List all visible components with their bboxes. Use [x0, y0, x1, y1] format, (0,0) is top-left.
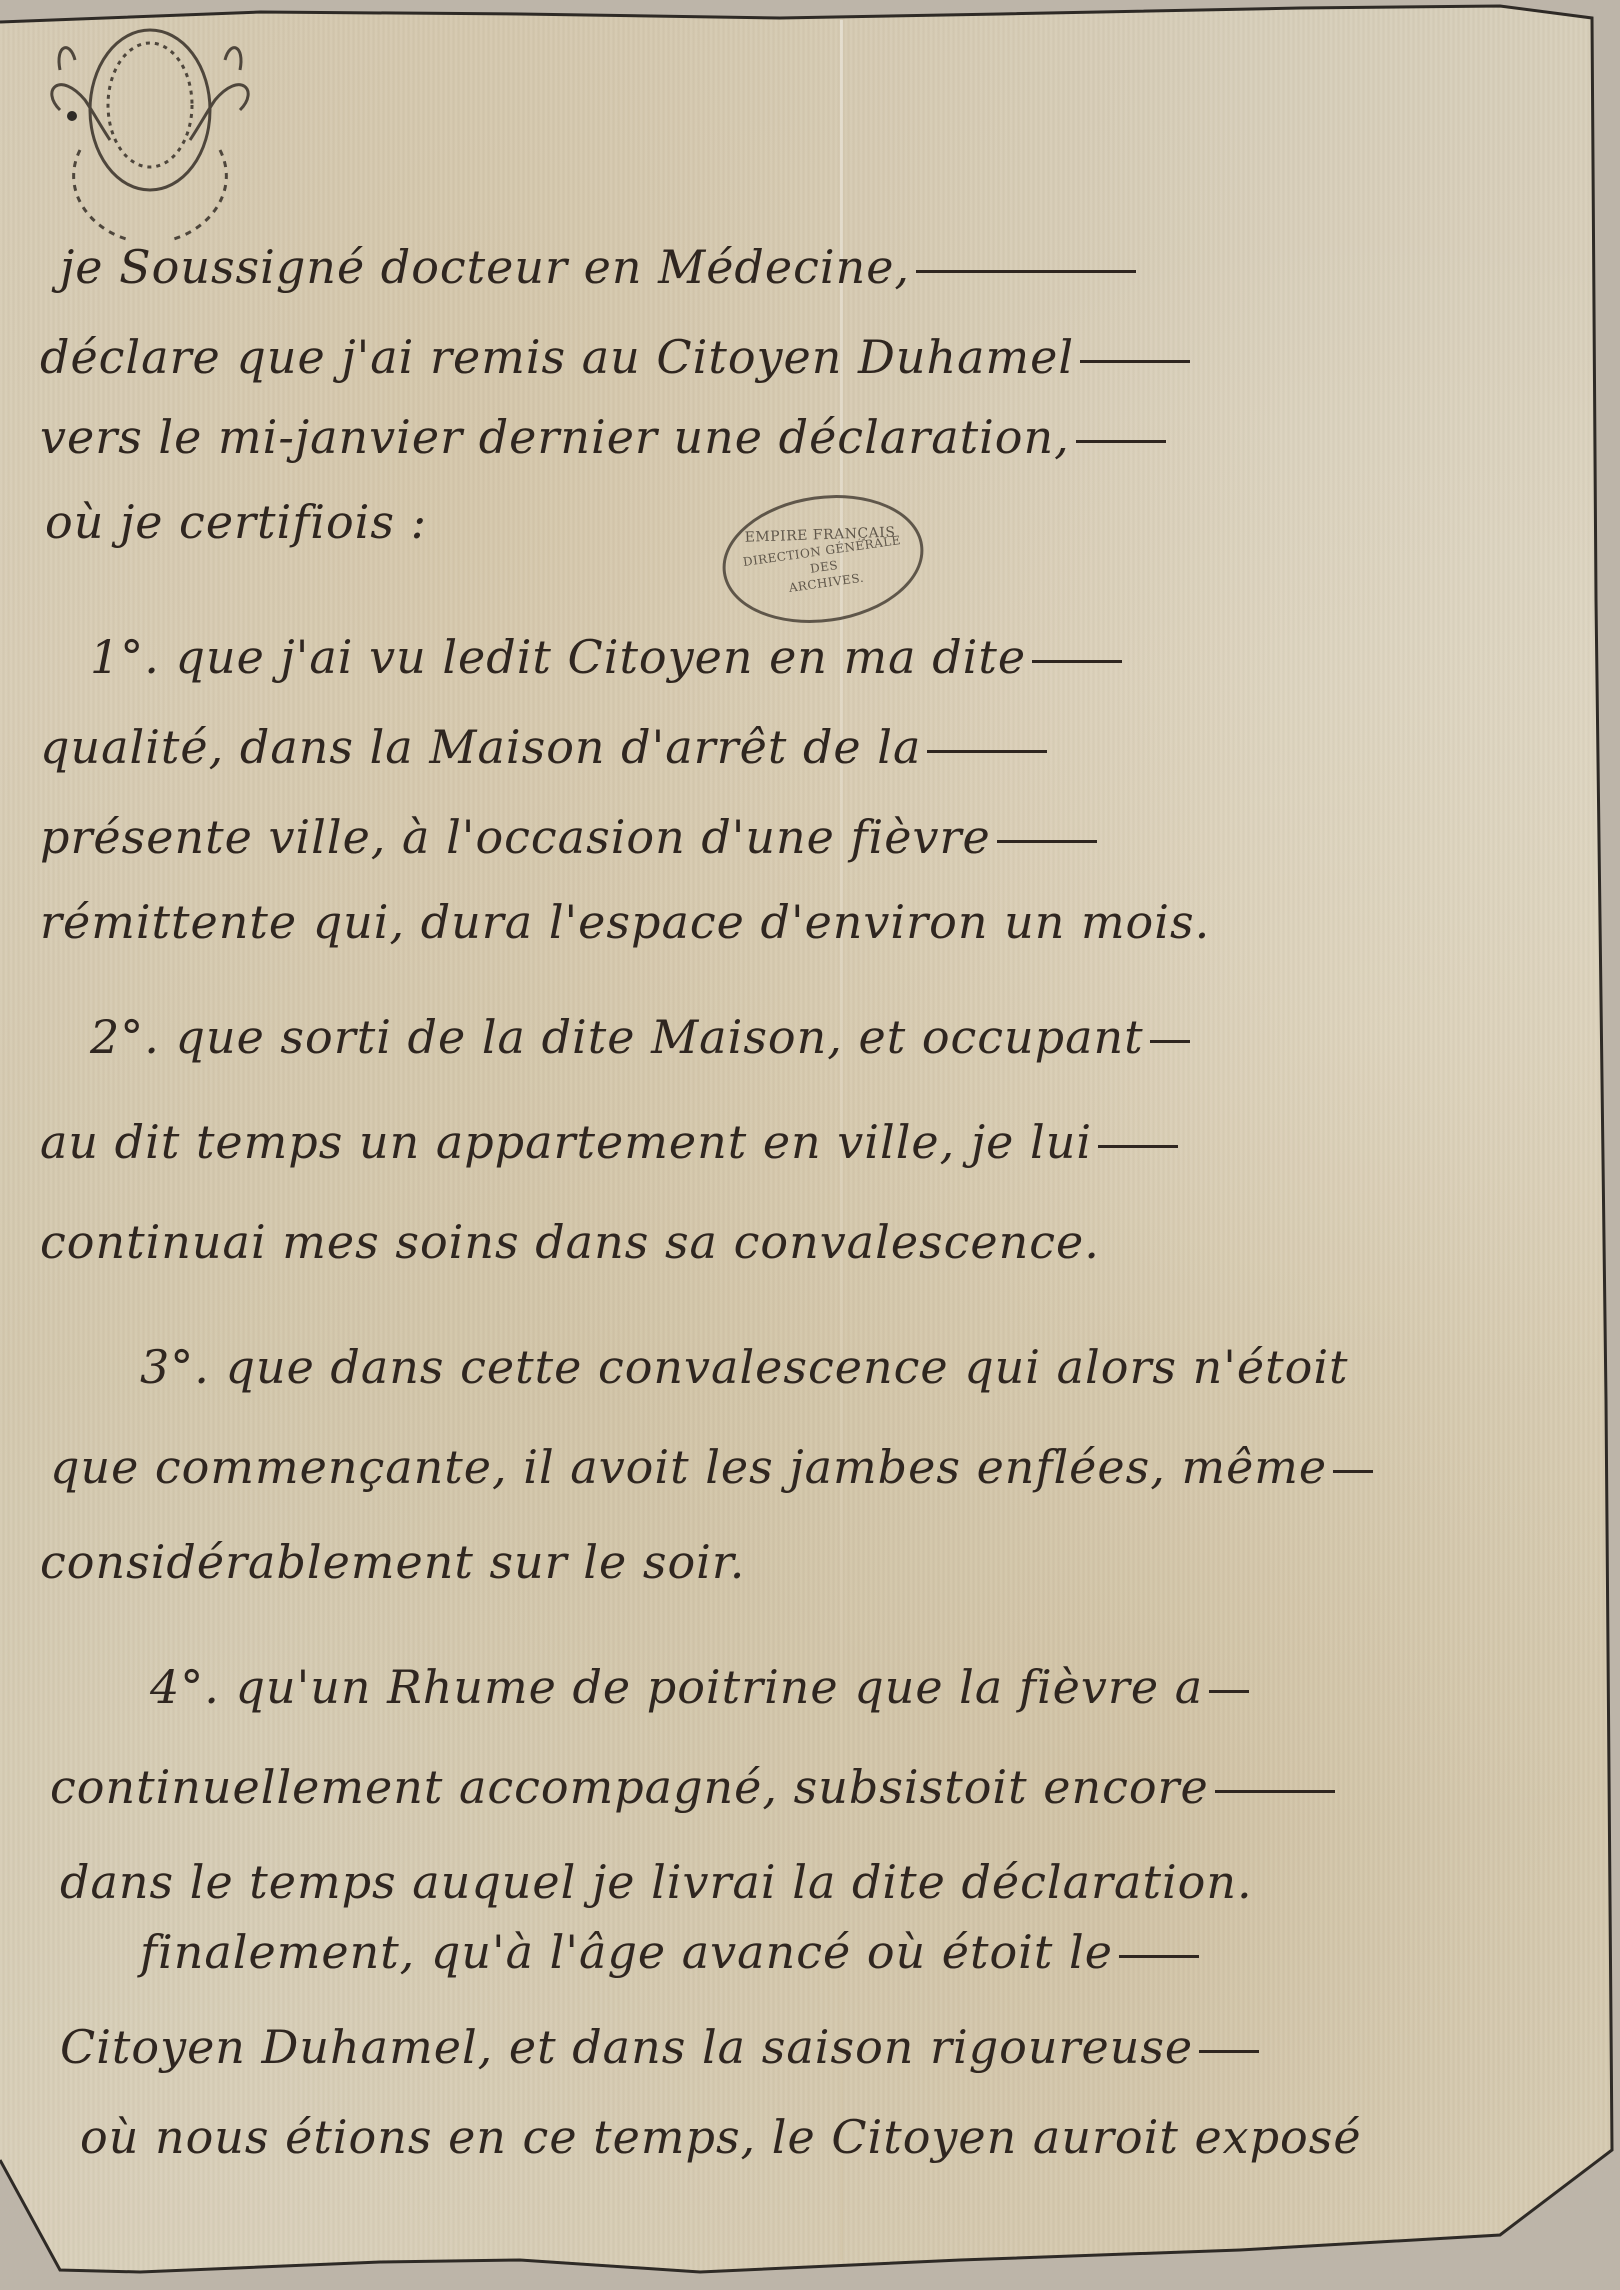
document-page: EMPIRE FRANÇAIS DIRECTION GÉNÉRALE DES A… [0, 0, 1620, 2290]
manuscript-line: considérablement sur le soir. [40, 1535, 745, 1589]
manuscript-line: finalement, qu'à l'âge avancé où étoit l… [140, 1925, 1199, 1979]
manuscript-line: dans le temps auquel je livrai la dite d… [60, 1855, 1253, 1909]
manuscript-line: je Soussigné docteur en Médecine, [60, 240, 1136, 294]
manuscript-line: déclare que j'ai remis au Citoyen Duhame… [40, 330, 1190, 384]
manuscript-line: 1°. que j'ai vu ledit Citoyen en ma dite [90, 630, 1122, 684]
manuscript-line: présente ville, à l'occasion d'une fièvr… [40, 810, 1097, 864]
manuscript-line: continuai mes soins dans sa convalescenc… [40, 1215, 1100, 1269]
manuscript-line: 4°. qu'un Rhume de poitrine que la fièvr… [150, 1660, 1249, 1714]
manuscript-line: où nous étions en ce temps, le Citoyen a… [80, 2110, 1362, 2164]
manuscript-line: continuellement accompagné, subsistoit e… [50, 1760, 1335, 1814]
manuscript-line: vers le mi-janvier dernier une déclarati… [40, 410, 1166, 464]
manuscript-line: qualité, dans la Maison d'arrêt de la [40, 720, 1047, 774]
manuscript-line: que commençante, il avoit les jambes enf… [50, 1440, 1373, 1494]
manuscript-line: Citoyen Duhamel, et dans la saison rigou… [60, 2020, 1259, 2074]
manuscript-line: où je certifiois : [45, 495, 427, 549]
manuscript-text: je Soussigné docteur en Médecine, déclar… [0, 0, 1620, 2290]
manuscript-line: rémittente qui, dura l'espace d'environ … [40, 895, 1210, 949]
manuscript-line: 3°. que dans cette convalescence qui alo… [140, 1340, 1349, 1394]
manuscript-line: 2°. que sorti de la dite Maison, et occu… [90, 1010, 1190, 1064]
manuscript-line: au dit temps un appartement en ville, je… [40, 1115, 1178, 1169]
